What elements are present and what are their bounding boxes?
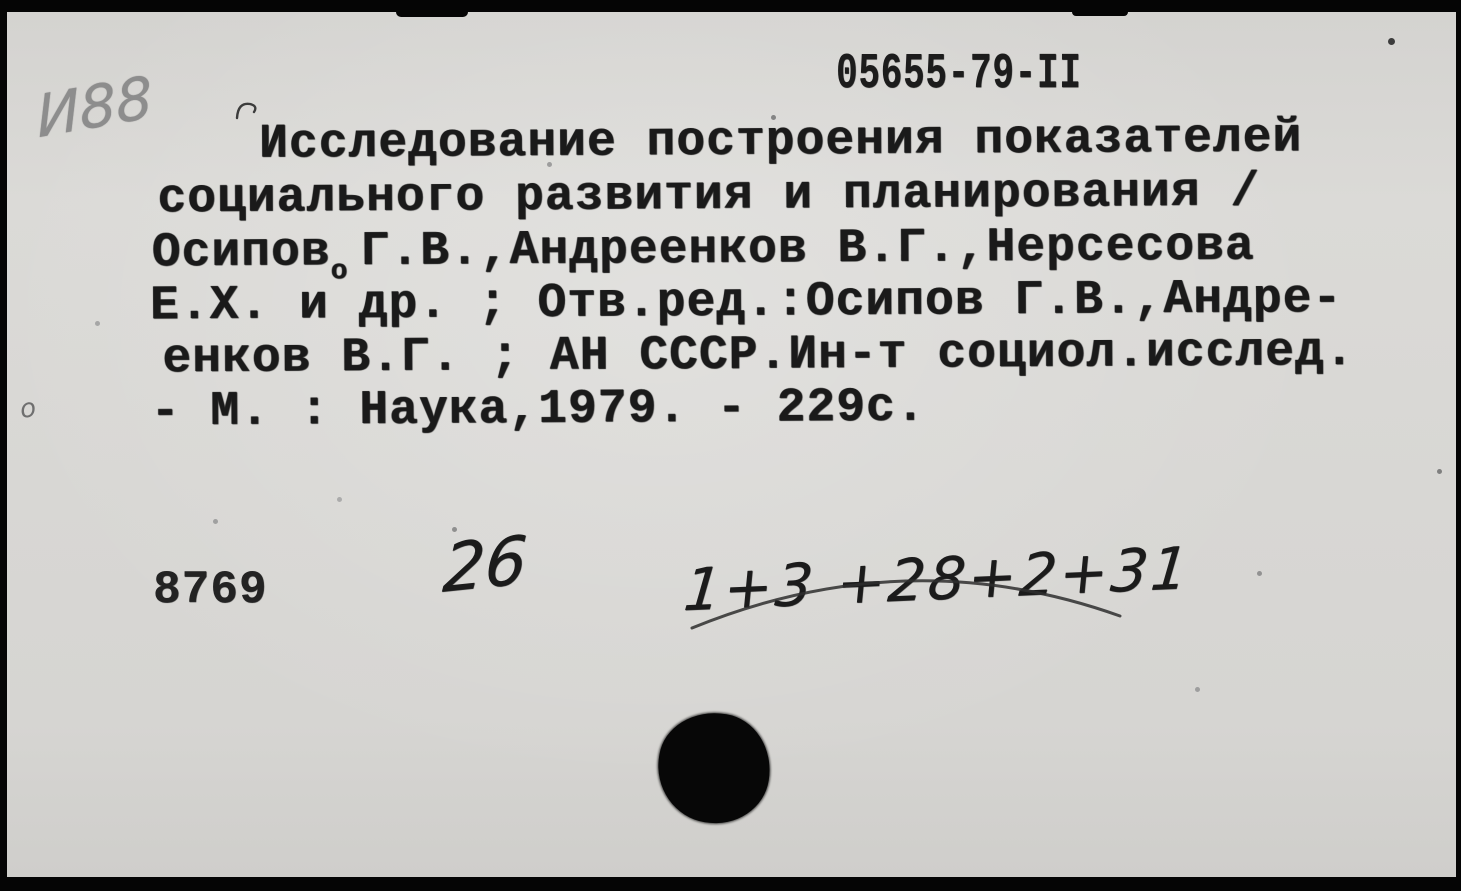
entry-line-3: ОсиповоГ.В.,Андреенков В.Г.,Нерсесова <box>152 220 1255 281</box>
accession-number: 8769 <box>153 564 267 616</box>
entry-line-4: Е.Х. и др. ; Отв.ред.:Осипов Г.В.,Андре- <box>150 272 1342 333</box>
entry-line-2: социального развития и планирования / <box>157 166 1260 227</box>
handwritten-price: 26 <box>441 527 529 603</box>
pen-arc-stroke-icon <box>672 528 1142 658</box>
entry-line-3-author: Осипов <box>152 225 331 280</box>
entry-line-5: енков В.Г. ; АН СССР.Ин-т социол.исслед. <box>162 325 1354 386</box>
entry-line-6: - М. : Наука,1979. - 229с. <box>151 381 926 440</box>
entry-line-1: Исследование построения показателей <box>259 111 1302 171</box>
entry-line-3-rest: Г.В.,Андреенков В.Г.,Нерсесова <box>360 220 1254 279</box>
